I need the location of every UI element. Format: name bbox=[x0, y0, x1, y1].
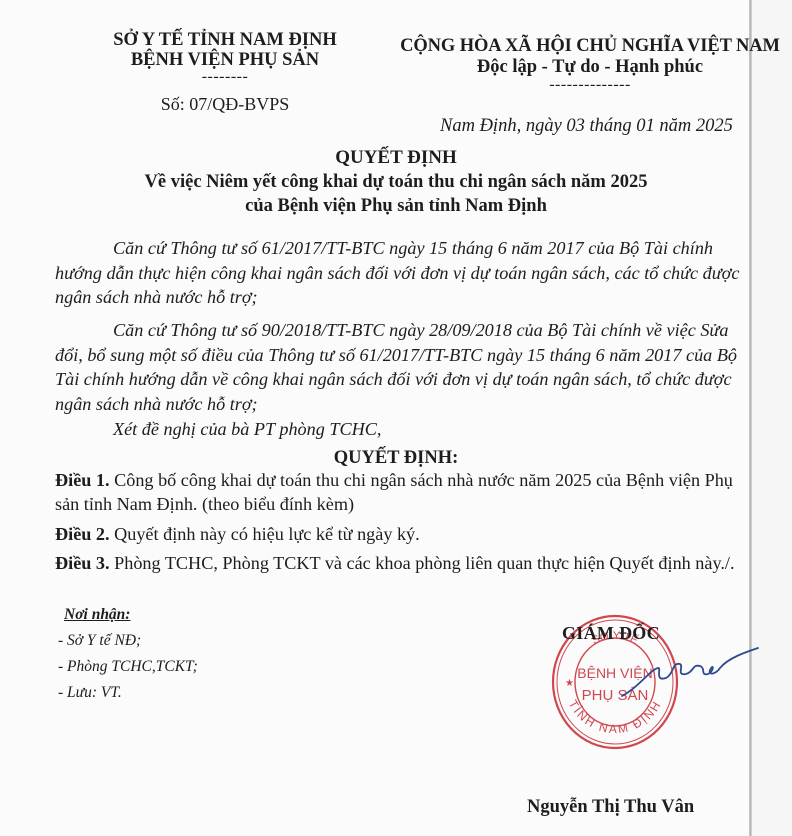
header-right-separator: -------------- bbox=[390, 78, 790, 92]
recipients-title: Nơi nhận: bbox=[64, 602, 198, 628]
preamble-2-text: Căn cứ Thông tư số 90/2018/TT-BTC ngày 2… bbox=[55, 320, 737, 414]
national-motto: Độc lập - Tự do - Hạnh phúc bbox=[390, 56, 790, 78]
signer-name: Nguyễn Thị Thu Vân bbox=[527, 797, 694, 818]
document-title: QUYẾT ĐỊNH bbox=[0, 147, 792, 169]
header-left-separator: -------- bbox=[100, 70, 350, 84]
subject-line-1: Về việc Niêm yết công khai dự toán thu c… bbox=[0, 172, 792, 193]
document-number: Số: 07/QĐ-BVPS bbox=[100, 94, 350, 114]
article-3-label: Điều 3. bbox=[55, 553, 110, 573]
place-date: Nam Định, ngày 03 tháng 01 năm 2025 bbox=[440, 116, 733, 137]
decision-heading: QUYẾT ĐỊNH: bbox=[0, 448, 792, 469]
article-2-text: Quyết định này có hiệu lực kể từ ngày ký… bbox=[110, 524, 420, 544]
subject-line-2: của Bệnh viện Phụ sản tỉnh Nam Định bbox=[0, 196, 792, 217]
preamble-1-text: Căn cứ Thông tư số 61/2017/TT-BTC ngày 1… bbox=[55, 238, 739, 307]
unit-name: BỆNH VIỆN PHỤ SẢN bbox=[100, 50, 350, 70]
article-1-label: Điều 1. bbox=[55, 470, 110, 490]
svg-text:★: ★ bbox=[565, 678, 574, 689]
article-2-label: Điều 2. bbox=[55, 524, 110, 544]
recipient-item: - Phòng TCHC,TCKT; bbox=[58, 654, 198, 680]
agency-name: SỞ Y TẾ TỈNH NAM ĐỊNH bbox=[100, 30, 350, 50]
article-3: Điều 3. Phòng TCHC, Phòng TCKT và các kh… bbox=[55, 551, 745, 575]
nation-title: CỘNG HÒA XÃ HỘI CHỦ NGHĨA VIỆT NAM bbox=[390, 36, 790, 56]
preamble-1: Căn cứ Thông tư số 61/2017/TT-BTC ngày 1… bbox=[55, 236, 745, 310]
handwritten-signature-icon bbox=[610, 640, 760, 710]
article-1-text: Công bố công khai dự toán thu chi ngân s… bbox=[55, 470, 733, 514]
preamble-2: Căn cứ Thông tư số 90/2018/TT-BTC ngày 2… bbox=[55, 318, 745, 416]
article-3-text: Phòng TCHC, Phòng TCKT và các khoa phòng… bbox=[110, 553, 735, 573]
recipient-item: - Lưu: VT. bbox=[58, 680, 198, 706]
preamble-3: Xét đề nghị của bà PT phòng TCHC, bbox=[113, 417, 792, 442]
article-2: Điều 2. Quyết định này có hiệu lực kể từ… bbox=[55, 522, 745, 546]
recipient-item: - Sở Y tế NĐ; bbox=[58, 628, 198, 654]
header-right: CỘNG HÒA XÃ HỘI CHỦ NGHĨA VIỆT NAM Độc l… bbox=[390, 36, 790, 92]
article-1: Điều 1. Công bố công khai dự toán thu ch… bbox=[55, 468, 745, 516]
header-left: SỞ Y TẾ TỈNH NAM ĐỊNH BỆNH VIỆN PHỤ SẢN … bbox=[100, 30, 350, 114]
recipients: Nơi nhận: - Sở Y tế NĐ; - Phòng TCHC,TCK… bbox=[58, 602, 198, 706]
